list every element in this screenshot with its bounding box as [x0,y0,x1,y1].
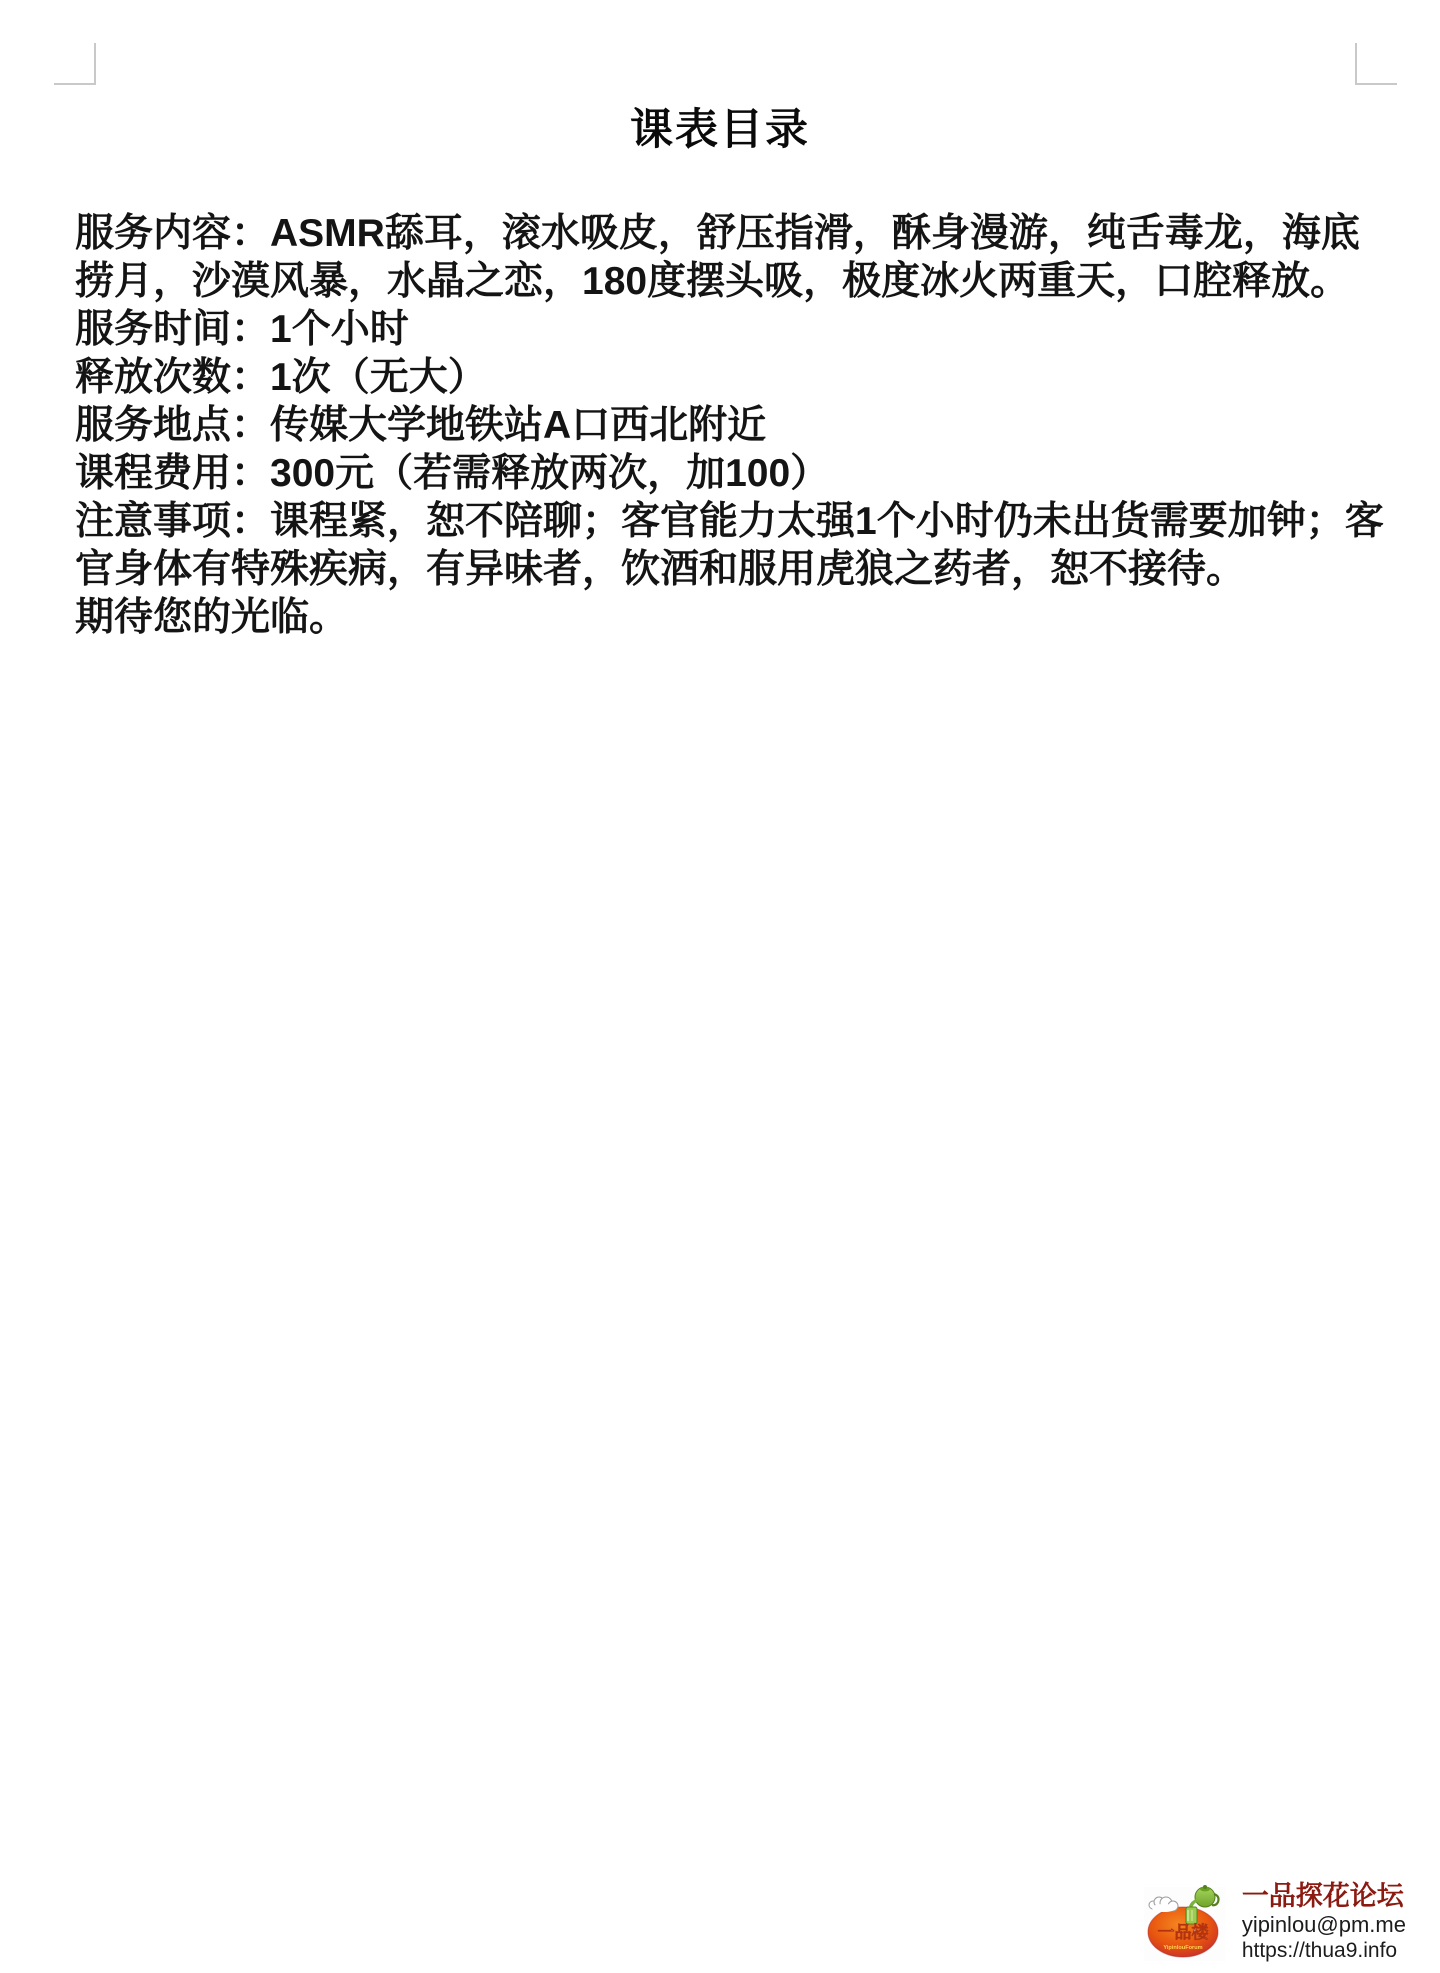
forum-info: 一品探花论坛 yipinlou@pm.me https://thua9.info [1242,1881,1406,1963]
forum-watermark: 一品楼 YipinlouForum 一品探花论坛 yipinlou@pm.me … [1144,1881,1406,1963]
body-text-line: 期待您的光临。 [75,594,1375,642]
content-corner-mark-top-right [1355,43,1397,85]
yipinlou-logo-icon: 一品楼 YipinlouForum [1144,1883,1226,1961]
body-text-line: 释放次数：1次（无大） [75,354,1375,402]
forum-name: 一品探花论坛 [1242,1881,1404,1911]
body-text-line: 服务地点：传媒大学地铁站A口西北附近 [75,402,1375,450]
body-text-line: 官身体有特殊疾病，有异味者，饮酒和服用虎狼之药者，恕不接待。 [75,546,1375,594]
yipinlou-logo: 一品楼 YipinlouForum [1144,1883,1226,1961]
logo-subtext: YipinlouForum [1163,1945,1202,1951]
content-corner-mark-top-left [54,43,96,85]
body-text-line: 服务时间：1个小时 [75,306,1375,354]
page-title: 课表目录 [0,96,1440,157]
document-page: { "title": "课表目录", "body": { "lines": [ … [0,0,1440,1973]
body-text-line: 注意事项：课程紧，恕不陪聊；客官能力太强1个小时仍未出货需要加钟；客 [75,498,1375,546]
logo-text: 一品楼 [1157,1922,1209,1942]
forum-email: yipinlou@pm.me [1242,1911,1406,1938]
forum-url: https://thua9.info [1242,1938,1397,1963]
body-text-line: 服务内容：ASMR舔耳，滚水吸皮，舒压指滑，酥身漫游，纯舌毒龙，海底 [75,210,1375,258]
body-text: 服务内容：ASMR舔耳，滚水吸皮，舒压指滑，酥身漫游，纯舌毒龙，海底捞月，沙漠风… [75,210,1375,642]
body-text-line: 捞月，沙漠风暴，水晶之恋，180度摆头吸，极度冰火两重天，口腔释放。 [75,258,1375,306]
body-text-line: 课程费用：300元（若需释放两次，加100） [75,450,1375,498]
cup-icon [1186,1907,1197,1924]
